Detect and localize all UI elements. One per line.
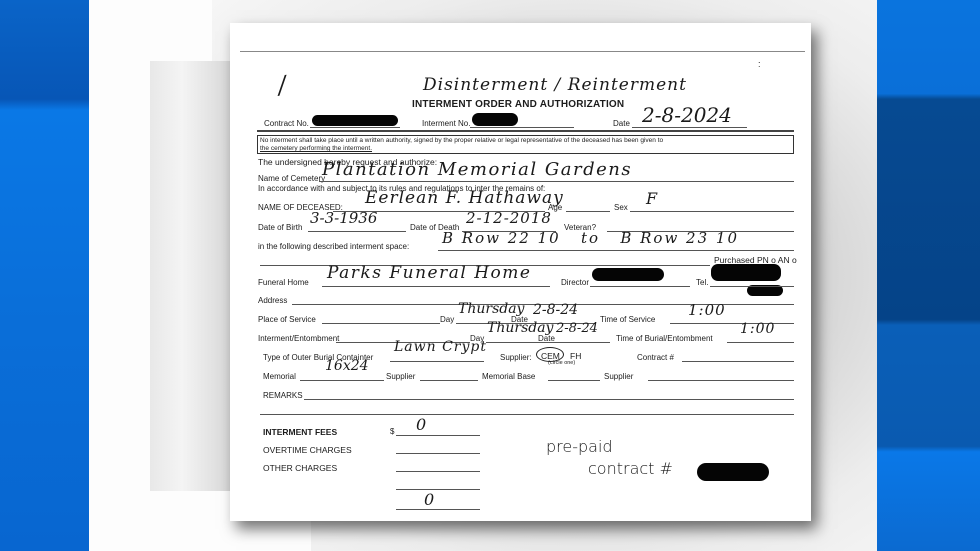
director-label: Director — [561, 278, 589, 287]
circle-one-note: (circle one) — [548, 360, 575, 366]
memorial-label: Memorial — [263, 372, 296, 381]
supplier-label: Supplier: — [500, 353, 532, 362]
disclaimer-box: No interment shall take place until a wr… — [257, 135, 794, 154]
remarks-label: REMARKS — [263, 391, 303, 400]
disclaimer-line2: the cemetery performing the interment. — [260, 145, 791, 153]
field-line — [566, 211, 610, 212]
funeral-home-value: Parks Funeral Home — [327, 263, 531, 283]
place-of-service-label: Place of Service — [258, 315, 316, 324]
field-line — [310, 127, 400, 128]
director-redaction — [592, 268, 664, 281]
time-of-burial-value: 1:00 — [740, 321, 775, 337]
service-day-label: Day — [440, 315, 454, 324]
contract-no-redaction — [312, 115, 398, 126]
field-line — [308, 231, 406, 232]
divider — [240, 51, 805, 52]
handwritten-header: Disinterment / Reinterment — [423, 75, 687, 95]
date-label: Date — [613, 119, 630, 128]
field-line — [548, 380, 600, 381]
funeral-home-label: Funeral Home — [258, 278, 309, 287]
field-line — [322, 286, 550, 287]
interment-no-label: Interment No. — [422, 119, 470, 128]
field-line — [396, 435, 480, 436]
interment-entombment-label: Interment/Entombment — [258, 334, 339, 343]
base-supplier-label: Supplier — [604, 372, 633, 381]
field-line — [322, 323, 440, 324]
sex-value: F — [646, 189, 657, 208]
space-value: B Row 22 10 to B Row 23 10 — [442, 229, 739, 247]
field-line — [420, 380, 478, 381]
time-of-service-value: 1:00 — [688, 301, 726, 319]
field-line — [710, 286, 794, 287]
dod-value: 2-12-2018 — [466, 209, 552, 227]
time-of-burial-label: Time of Burial/Entombment — [616, 334, 713, 343]
field-line — [486, 342, 610, 343]
field-line — [300, 380, 384, 381]
field-line — [682, 361, 794, 362]
tel-label: Tel. — [696, 278, 708, 287]
field-line — [396, 489, 480, 490]
field-line — [438, 250, 794, 251]
service-date-value: 2-8-24 — [533, 302, 578, 318]
deceased-value: Eerlean F. Hathaway — [365, 188, 564, 208]
blue-side-panel-left — [0, 0, 89, 551]
cemetery-value: Plantation Memorial Gardens — [322, 159, 632, 180]
disclaimer-line1: No interment shall take place until a wr… — [260, 137, 791, 145]
outer-container-value: Lawn Crypt — [394, 339, 487, 355]
cemetery-label: Name of Cemetery — [258, 174, 325, 183]
field-line — [396, 471, 480, 472]
date-value: 2-8-2024 — [642, 103, 732, 127]
contract-hash-label: Contract # — [637, 353, 674, 362]
overtime-label: OVERTIME CHARGES — [263, 445, 352, 455]
sex-label: Sex — [614, 203, 628, 212]
time-of-service-label: Time of Service — [600, 315, 655, 324]
field-line — [648, 380, 794, 381]
margin-mark: : — [758, 59, 761, 69]
dob-value: 3-3-1936 — [310, 209, 377, 227]
field-line — [470, 127, 574, 128]
total-value: 0 — [424, 490, 434, 509]
field-line — [304, 399, 794, 400]
slash-mark: / — [276, 71, 288, 100]
document-title: INTERMENT ORDER AND AUTHORIZATION — [412, 99, 624, 110]
field-line — [590, 286, 690, 287]
background-gray-panel — [150, 61, 230, 491]
interment-no-redaction — [472, 113, 518, 126]
space-label: in the following described interment spa… — [258, 242, 409, 251]
prepaid-contract-label: contract # — [588, 459, 673, 478]
prepaid-note: pre-paid — [546, 437, 613, 456]
field-line — [630, 211, 794, 212]
field-line — [260, 414, 794, 415]
field-line — [390, 361, 484, 362]
field-line — [396, 509, 480, 510]
interment-fees-value: 0 — [416, 415, 426, 434]
field-line — [396, 453, 480, 454]
currency-symbol: $ — [390, 427, 394, 436]
field-line — [319, 181, 794, 182]
field-line — [632, 127, 747, 128]
divider — [257, 130, 794, 132]
contract-no-label: Contract No. — [264, 119, 309, 128]
address-label: Address — [258, 296, 287, 305]
interment-fees-label: INTERMENT FEES — [263, 427, 337, 437]
blue-side-panel-right — [877, 0, 980, 551]
field-line — [727, 342, 794, 343]
other-charges-label: OTHER CHARGES — [263, 463, 337, 473]
burial-date-value: 2-8-24 — [556, 321, 598, 336]
prepaid-contract-redaction — [697, 463, 769, 481]
memorial-supplier-label: Supplier — [386, 372, 415, 381]
interment-order-document: : / Disinterment / Reinterment INTERMENT… — [230, 23, 811, 521]
dob-label: Date of Birth — [258, 223, 302, 232]
memorial-value: 16x24 — [325, 358, 369, 374]
tel-redaction — [711, 264, 781, 281]
memorial-base-label: Memorial Base — [482, 372, 535, 381]
